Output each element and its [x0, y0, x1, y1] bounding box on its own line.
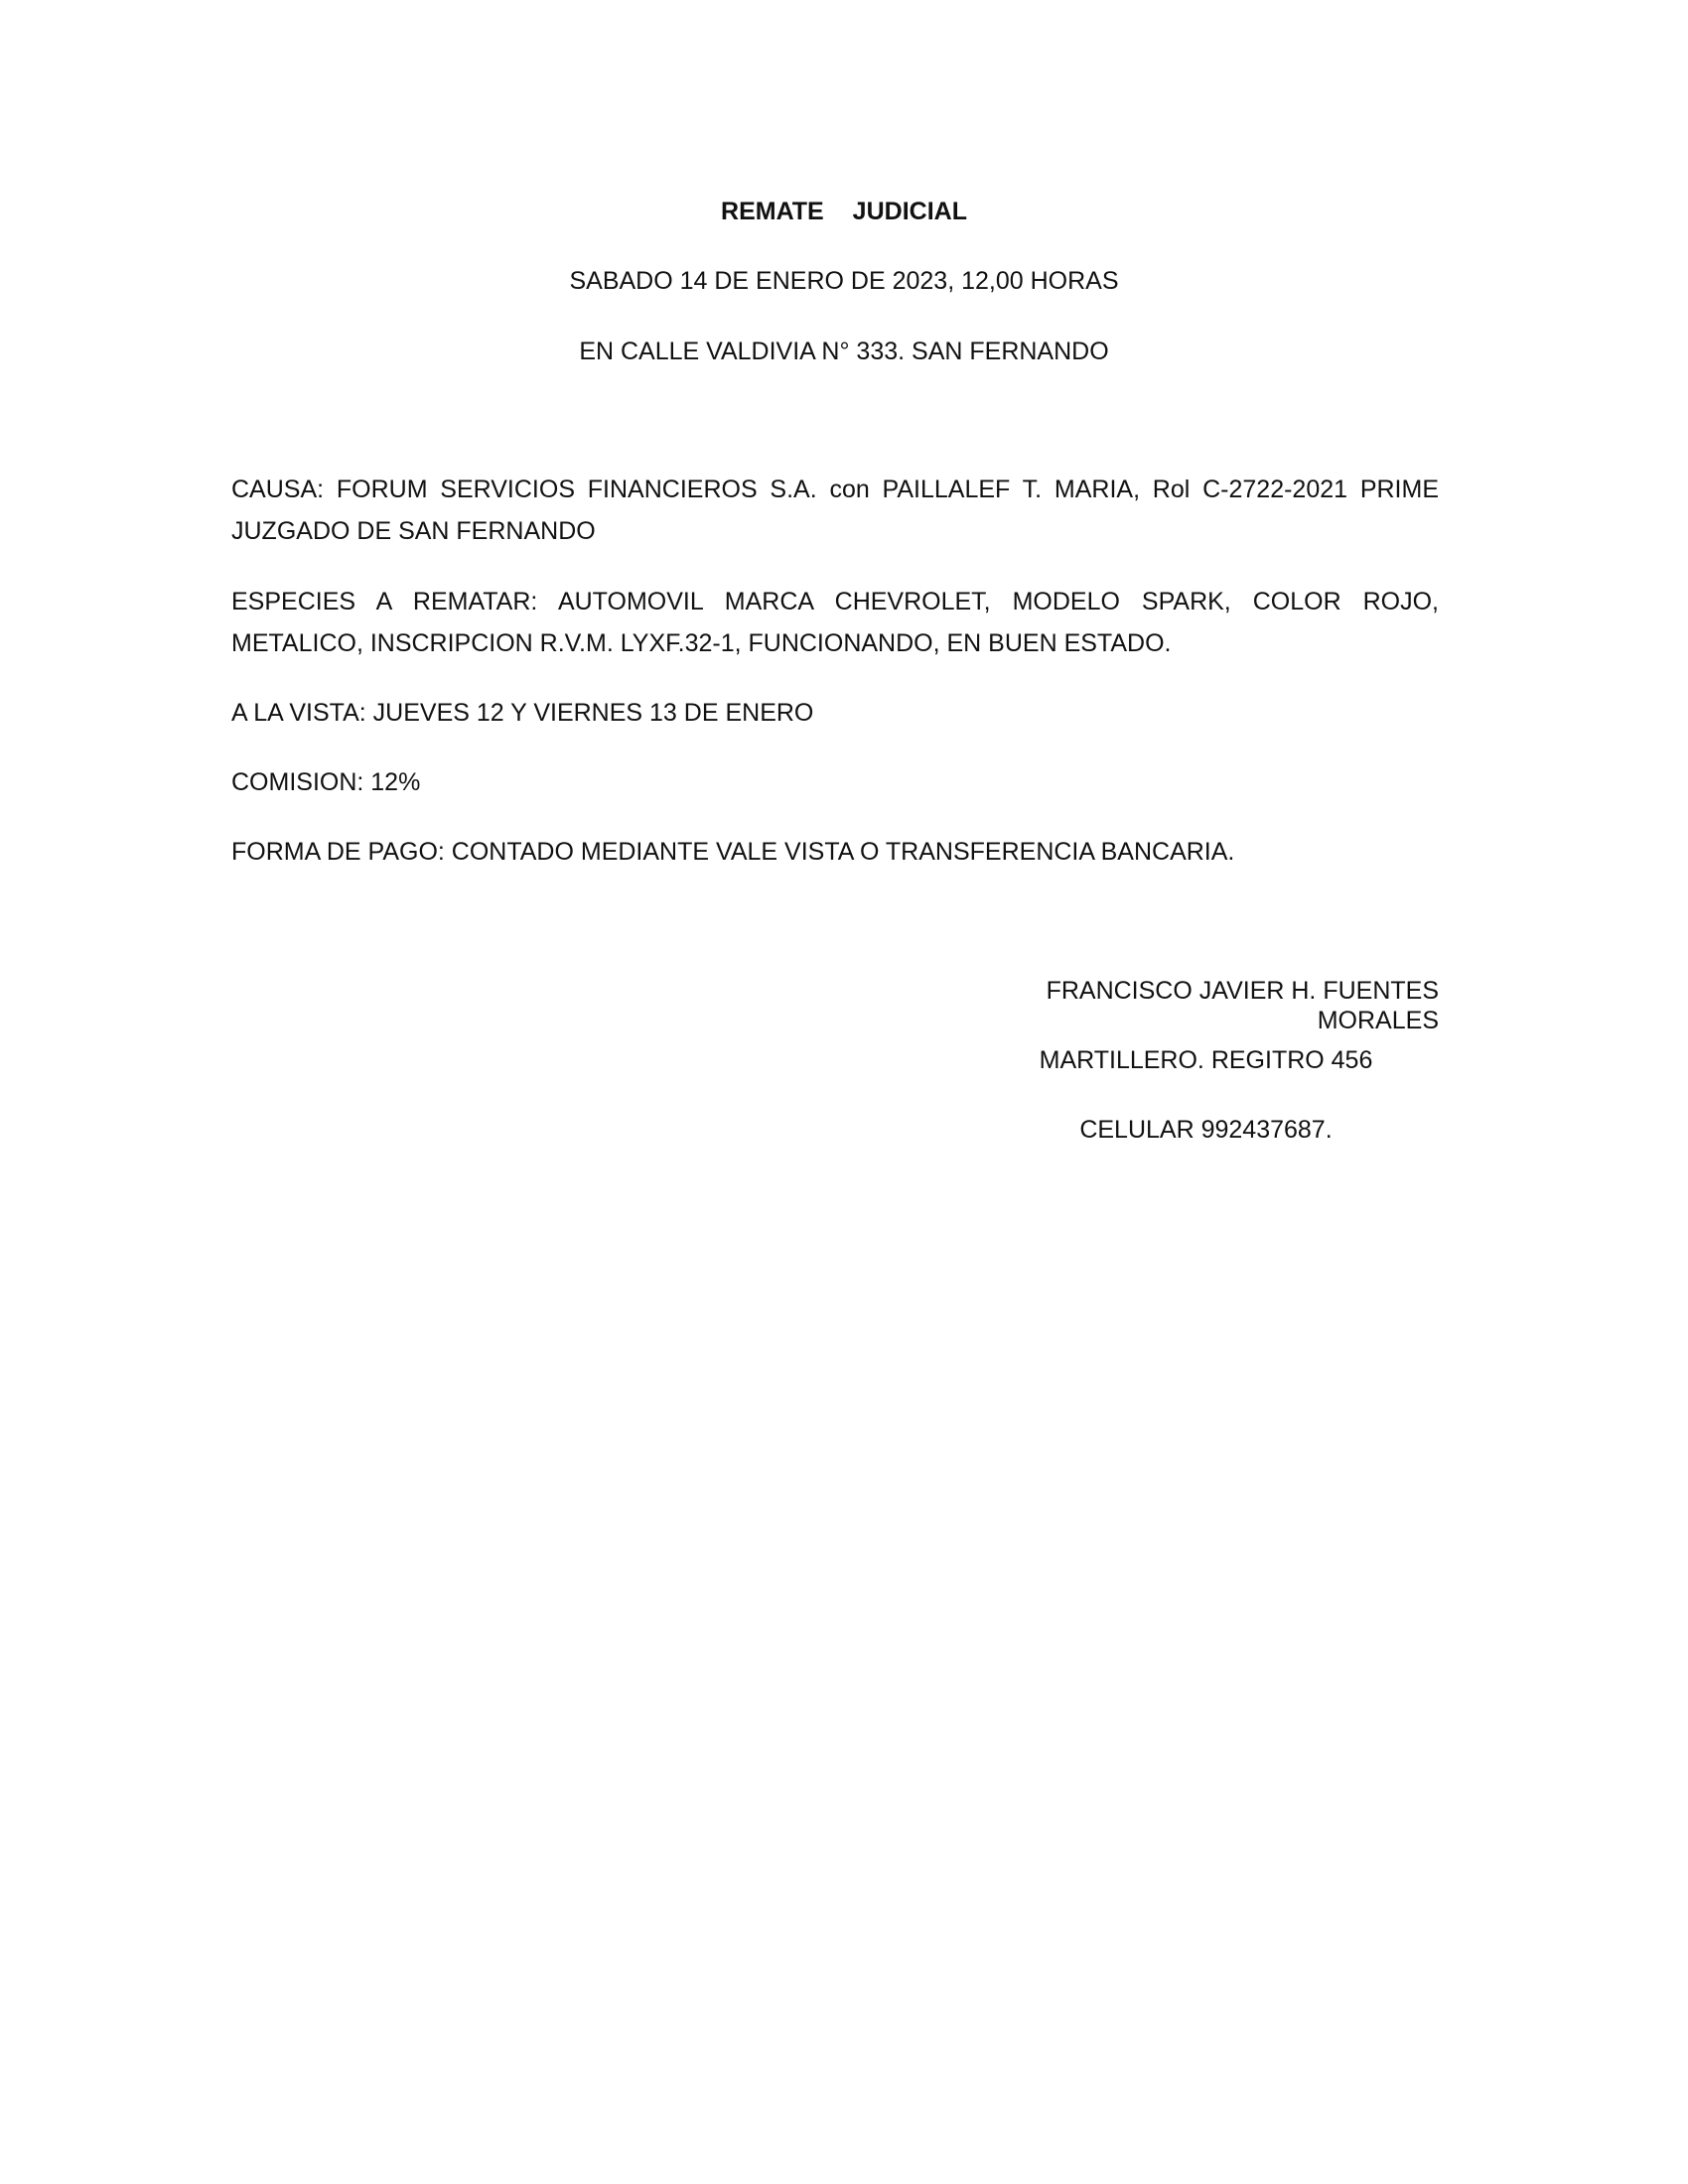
viewing-paragraph: A LA VISTA: JUEVES 12 Y VIERNES 13 DE EN… — [231, 692, 1439, 734]
auctioneer-registry: MARTILLERO. REGITRO 456 — [953, 1045, 1459, 1075]
auctioneer-phone: CELULAR 992437687. — [953, 1115, 1459, 1145]
case-paragraph: CAUSA: FORUM SERVICIOS FINANCIEROS S.A. … — [231, 469, 1439, 552]
auctioneer-name: FRANCISCO JAVIER H. FUENTES MORALES — [933, 976, 1439, 1035]
auction-location: EN CALLE VALDIVIA N° 333. SAN FERNANDO — [0, 337, 1688, 366]
document-title: REMATE JUDICIAL — [0, 197, 1688, 226]
auction-date: SABADO 14 DE ENERO DE 2023, 12,00 HORAS — [0, 266, 1688, 296]
items-paragraph: ESPECIES A REMATAR: AUTOMOVIL MARCA CHEV… — [231, 581, 1439, 664]
payment-paragraph: FORMA DE PAGO: CONTADO MEDIANTE VALE VIS… — [231, 831, 1439, 873]
commission-paragraph: COMISION: 12% — [231, 761, 1439, 803]
